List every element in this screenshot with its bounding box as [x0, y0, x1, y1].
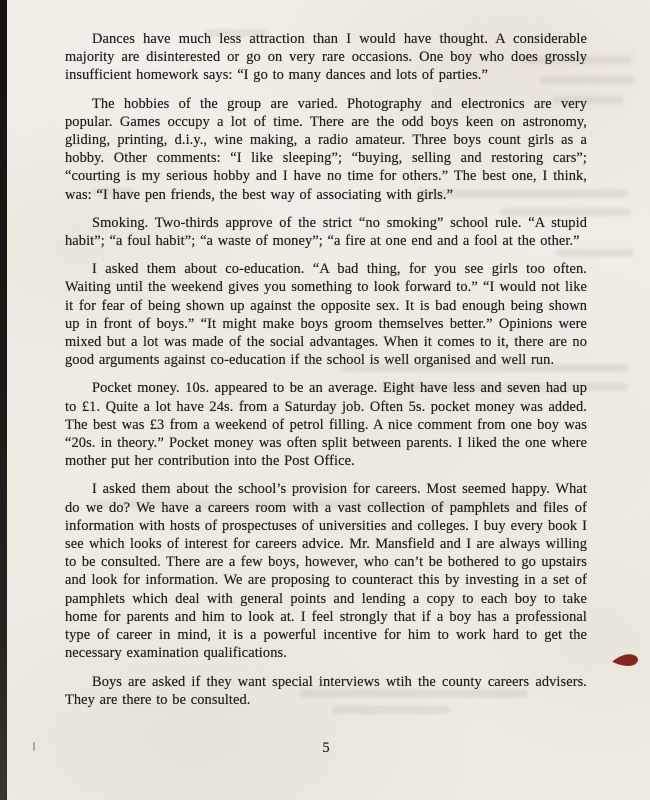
paragraph: Boys are asked if they want special inte… — [65, 673, 587, 709]
paragraph: I asked them about the school’s provisio… — [65, 480, 587, 662]
red-ink-mark — [612, 652, 639, 669]
pen-tick-mark — [33, 742, 35, 751]
scanned-page: Dances have much less attraction than I … — [0, 0, 650, 800]
red-ink-blob — [613, 654, 638, 666]
paragraph: Pocket money. 10s. appeared to be an ave… — [65, 379, 587, 470]
paragraph: I asked them about co-education. “A bad … — [65, 260, 587, 369]
paragraph: Smoking. Two-thirds approve of the stric… — [65, 214, 587, 250]
page-number: 5 — [65, 740, 587, 757]
paragraph: The hobbies of the group are varied. Pho… — [65, 95, 587, 204]
text-block: Dances have much less attraction than I … — [65, 30, 587, 709]
paragraph: Dances have much less attraction than I … — [65, 30, 587, 85]
scan-edge-strip — [0, 0, 7, 800]
